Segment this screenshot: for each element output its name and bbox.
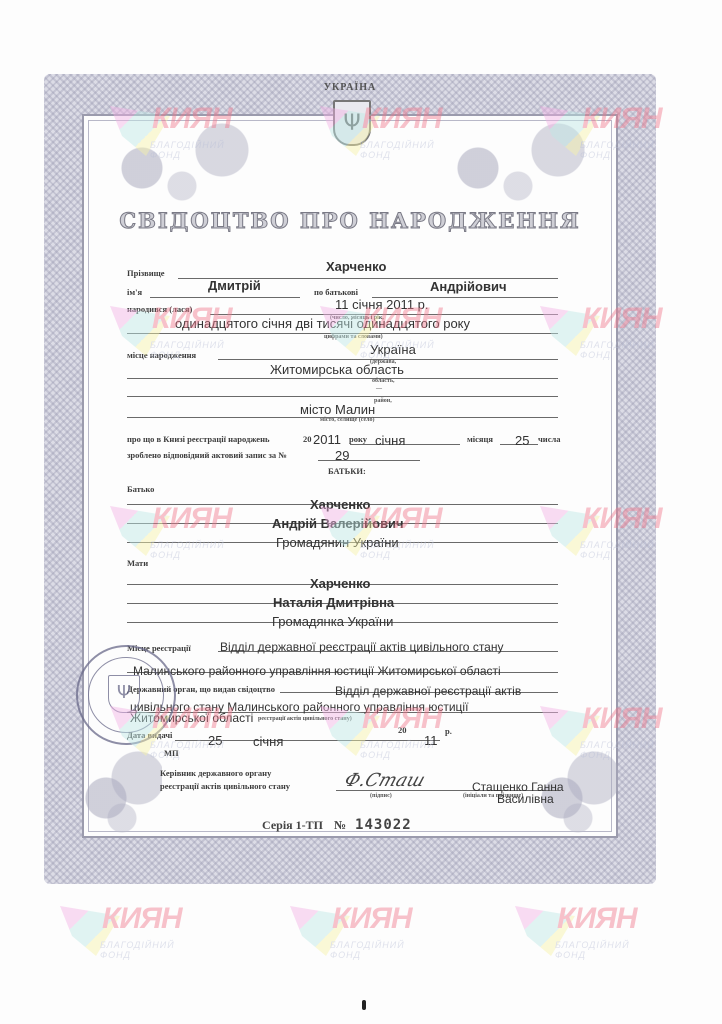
birthplace-region: Житомирська область	[270, 362, 404, 377]
signatory-label-line1: Керівник державного органу	[160, 768, 271, 778]
signatory-label-line2: реєстрації актів цивільного стану	[160, 781, 290, 791]
trident-coat-of-arms-icon: Ψ	[333, 100, 371, 146]
mother-name: Наталія Дмитрівна	[273, 595, 394, 610]
city-hint: місто, селище (село)	[320, 417, 375, 423]
day-label: числа	[538, 434, 560, 444]
father-name: Андрій Валерійович	[272, 516, 404, 531]
certificate-number: 143022	[355, 817, 412, 833]
year-century: 20	[303, 434, 312, 444]
country-label: УКРАЇНА	[44, 82, 656, 93]
seal-label: МП	[164, 748, 179, 758]
series-label: Серія 1-ТП	[262, 818, 323, 832]
signature: Ф.Сташ	[342, 770, 428, 791]
birthplace-region-line	[127, 378, 558, 379]
name-label: ім'я	[127, 287, 142, 297]
registration-month: січня	[375, 433, 405, 448]
issue-century: 20	[398, 725, 407, 735]
issue-day: 25	[208, 733, 222, 748]
mother-citizenship: Громадянка України	[272, 614, 393, 629]
signature-hint: (підпис)	[370, 793, 392, 799]
record-text: зроблено відповідний актовий запис за №	[127, 450, 287, 460]
issuer-line1-text: Відділ державної реєстрації актів	[335, 684, 521, 698]
issue-month: січня	[253, 734, 283, 749]
seal-trident-icon: Ψ	[108, 675, 140, 713]
registration-day: 25	[515, 433, 529, 448]
registration-place-line2-text: Малинського районного управління юстиції…	[133, 664, 501, 678]
father-label: Батько	[127, 484, 154, 494]
issuer-hint: реєстрації актів цивільного стану)	[258, 716, 352, 722]
child-patronymic: Андрійович	[430, 279, 507, 294]
region-hint: область,	[372, 378, 395, 384]
serial-number: Серія 1-ТП № 143022	[262, 817, 412, 833]
record-number: 29	[335, 448, 349, 463]
ornament-top-left	[82, 114, 282, 204]
district-value: —	[376, 386, 382, 392]
record-number-line	[318, 460, 420, 461]
issue-year: 11	[424, 733, 438, 748]
birth-date-words-hint: цифрами та словами)	[324, 334, 383, 340]
parents-heading: БАТЬКИ:	[328, 466, 366, 476]
surname-label: Прізвище	[127, 268, 165, 278]
year-suffix: року	[349, 434, 367, 444]
patronymic-label: по батькові	[314, 287, 358, 297]
mother-surname: Харченко	[310, 576, 370, 591]
birthplace-label: місце народження	[127, 350, 196, 360]
birthplace-city: місто Малин	[300, 402, 375, 417]
birthplace-district-line	[127, 396, 558, 397]
watermark: КИЯНБЛАГОДІЙНИЙ ФОНД	[515, 900, 655, 970]
signatory-name-line2: Василівна	[497, 792, 554, 806]
name-line	[150, 297, 300, 298]
document-title: СВІДОЦТВО ПРО НАРОДЖЕННЯ	[44, 208, 656, 233]
child-name: Дмитрій	[208, 278, 261, 293]
ornament-top-right	[418, 114, 618, 204]
scan-artifact	[362, 1000, 366, 1010]
birth-certificate: УКРАЇНА Ψ СВІДОЦТВО ПРО НАРОДЖЕННЯ	[44, 74, 656, 884]
month-label: місяця	[467, 434, 493, 444]
issue-year-suffix: р.	[445, 726, 452, 736]
father-citizenship: Громадянин України	[276, 535, 399, 550]
birth-date-words: одинадцятого січня дві тисячі одинадцято…	[175, 316, 470, 331]
registration-place-line1-text: Відділ державної реєстрації актів цивіль…	[220, 640, 503, 654]
watermark: КИЯНБЛАГОДІЙНИЙ ФОНД	[60, 900, 200, 970]
birth-date-digits: 11 січня 2011 р.	[335, 297, 429, 312]
ornament-bottom-left	[82, 738, 162, 838]
official-seal: Ψ	[76, 645, 176, 745]
child-surname: Харченко	[326, 259, 386, 274]
birth-date-line	[210, 314, 558, 315]
mother-label: Мати	[127, 558, 148, 568]
father-surname: Харченко	[310, 497, 370, 512]
number-sign: №	[334, 818, 346, 832]
registry-book-text: про що в Книзі реєстрації народжень	[127, 434, 269, 444]
district-hint: район,	[374, 398, 392, 404]
watermark: КИЯНБЛАГОДІЙНИЙ ФОНД	[290, 900, 430, 970]
registration-year: 2011	[313, 432, 341, 447]
birthplace-country: Україна	[370, 342, 416, 357]
born-label: народився (лася)	[127, 304, 192, 314]
